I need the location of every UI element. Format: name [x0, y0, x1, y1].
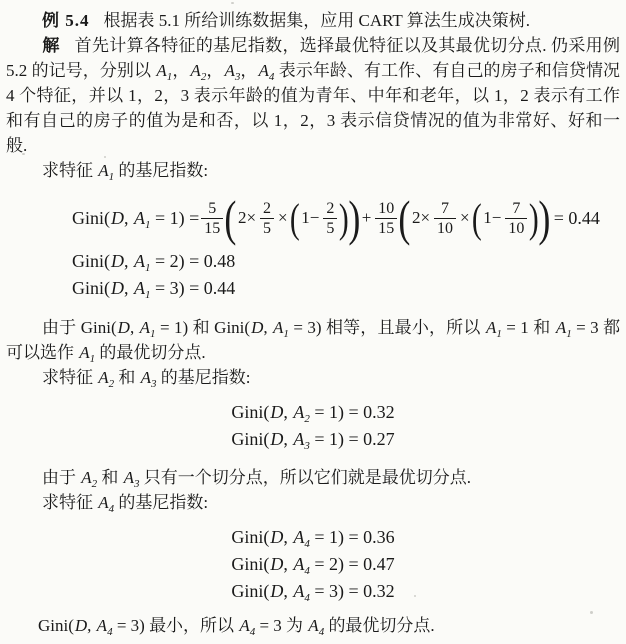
gini-a1-equation-group: Gini(D, A1 = 2) = 0.48 Gini(D, A1 = 3) =…: [6, 248, 620, 302]
gini-a4-1-equation: Gini(D, A4 = 1) = 0.36: [6, 524, 620, 551]
fraction-7-10: 710: [434, 199, 456, 238]
one-minus-term: 1−: [483, 208, 501, 228]
fraction-2-5: 25: [260, 199, 274, 238]
solution-label: 解: [42, 36, 61, 55]
open-paren: (: [225, 193, 237, 243]
gini-a3-equation: Gini(D, A3 = 1) = 0.27: [6, 426, 620, 453]
gini-a4-equation-group: Gini(D, A4 = 1) = 0.36 Gini(D, A4 = 2) =…: [6, 524, 620, 605]
gini-a2-equation: Gini(D, A2 = 1) = 0.32: [6, 399, 620, 426]
two-times-term: 2×: [412, 208, 430, 228]
gini-a2-a3-heading-text: 求特征 A2 和 A3 的基尼指数:: [42, 368, 251, 387]
solution-text: 首先计算各特征的基尼指数，选择最优特征以及其最优切分点. 仍采用例 5.2 的记…: [6, 36, 620, 155]
gini-a4-heading: 求特征 A4 的基尼指数:: [6, 490, 620, 515]
scan-speck: [231, 2, 234, 4]
fraction-2-5: 25: [323, 199, 337, 238]
a1-conclusion-paragraph: 由于 Gini(D, A1 = 1) 和 Gini(D, A1 = 3) 相等，…: [6, 315, 620, 365]
a1-conclusion-text: 由于 Gini(D, A1 = 1) 和 Gini(D, A1 = 3) 相等，…: [6, 318, 620, 362]
open-paren: (: [472, 198, 482, 239]
gini-a1-heading: 求特征 A1 的基尼指数:: [6, 158, 620, 183]
one-minus-term: 1−: [301, 208, 319, 228]
example-paragraph: 例 5.4根据表 5.1 所给训练数据集，应用 CART 算法生成决策树.: [6, 8, 620, 33]
open-paren: (: [399, 193, 411, 243]
solution-paragraph: 解首先计算各特征的基尼指数，选择最优特征以及其最优切分点. 仍采用例 5.2 的…: [6, 33, 620, 158]
formula-result: = 0.44: [554, 208, 600, 229]
fraction-5-15: 515: [201, 199, 223, 238]
gini-a4-3-equation: Gini(D, A4 = 3) = 0.32: [6, 578, 620, 605]
formula-lhs: Gini(D, A1 = 1) =: [72, 208, 199, 229]
gini-a4-2-equation: Gini(D, A4 = 2) = 0.47: [6, 551, 620, 578]
close-paren: ): [348, 193, 360, 243]
gini-a1-1-display-formula: Gini(D, A1 = 1) = 515 ( 2× 25 × ( 1− 25 …: [72, 190, 620, 246]
open-paren: (: [290, 198, 300, 239]
textbook-page: 例 5.4根据表 5.1 所给训练数据集，应用 CART 算法生成决策树. 解首…: [0, 0, 626, 644]
close-paren: ): [538, 193, 550, 243]
plus-sign: +: [362, 208, 372, 228]
a4-conclusion-paragraph: Gini(D, A4 = 3) 最小，所以 A4 = 3 为 A4 的最优切分点…: [6, 613, 620, 638]
times-sign: ×: [278, 208, 288, 228]
scan-speck: [22, 153, 25, 155]
gini-a2-a3-equation-group: Gini(D, A2 = 1) = 0.32 Gini(D, A3 = 1) =…: [6, 399, 620, 453]
fraction-7-10: 710: [505, 199, 527, 238]
example-label: 例 5.4: [42, 11, 90, 30]
scan-speck: [590, 611, 593, 614]
a2-a3-conclusion-paragraph: 由于 A2 和 A3 只有一个切分点，所以它们就是最优切分点.: [6, 465, 620, 490]
gini-a2-a3-heading: 求特征 A2 和 A3 的基尼指数:: [6, 365, 620, 390]
scan-speck: [414, 595, 416, 597]
gini-a4-heading-text: 求特征 A4 的基尼指数:: [42, 493, 208, 512]
scan-speck: [104, 156, 106, 158]
gini-a1-heading-text: 求特征 A1 的基尼指数:: [42, 161, 208, 180]
gini-a1-2-equation: Gini(D, A1 = 2) = 0.48: [72, 248, 620, 275]
example-text: 根据表 5.1 所给训练数据集，应用 CART 算法生成决策树.: [104, 11, 531, 30]
two-times-term: 2×: [238, 208, 256, 228]
fraction-10-15: 1015: [375, 199, 397, 238]
times-sign: ×: [460, 208, 470, 228]
a2-a3-conclusion-text: 由于 A2 和 A3 只有一个切分点，所以它们就是最优切分点.: [42, 468, 471, 487]
gini-a1-3-equation: Gini(D, A1 = 3) = 0.44: [72, 275, 620, 302]
a4-conclusion-text: Gini(D, A4 = 3) 最小，所以 A4 = 3 为 A4 的最优切分点…: [38, 616, 435, 635]
